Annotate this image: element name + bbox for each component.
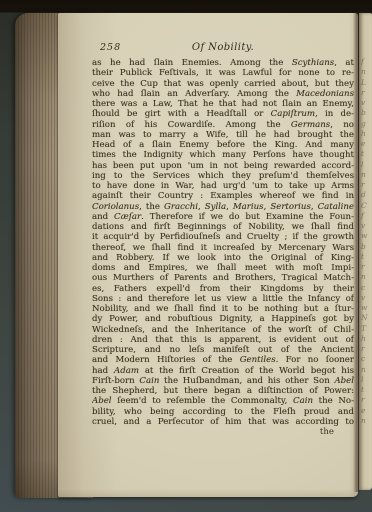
photo-background: 258 Of Nobility. as he had ſlain Enemies… xyxy=(0,0,372,512)
text-line: Coriolanus, the Gracchi, Sylla, Marius, … xyxy=(92,202,354,212)
text-line: thereof, we ſhall find it increaſed by M… xyxy=(92,243,354,253)
text-line: cruel, and a Perſecutor of him that was … xyxy=(92,417,354,427)
text-line: as he had ſlain Enemies. Among the Scyth… xyxy=(92,58,354,68)
text-line: Head of a ſlain Enemy before the King. A… xyxy=(92,140,354,150)
text-line: dren : And that this is apparent, is evi… xyxy=(92,335,354,345)
body-text: as he had ſlain Enemies. Among the Scyth… xyxy=(92,58,354,427)
text-line: Sons : and therefore let us view a littl… xyxy=(92,294,354,304)
text-line: Nobility, and we ſhall find it to be not… xyxy=(92,304,354,314)
text-line: Abel ſeem'd to reſemble the Commonalty, … xyxy=(92,396,354,406)
text-line: dations and firſt Beginnings of Nobility… xyxy=(92,222,354,232)
book-page: 258 Of Nobility. as he had ſlain Enemies… xyxy=(58,13,358,497)
page-number: 258 xyxy=(100,42,121,53)
text-line: bility, who being according to the Fleſh… xyxy=(92,407,354,417)
catchword: the xyxy=(92,427,354,437)
text-line: man was to marry a Wife, till he had bro… xyxy=(92,130,354,140)
text-line: and Cæſar. Therefore if we do but Examin… xyxy=(92,212,354,222)
text-line: it acquir'd by Perfidiouſneſs and Cruelt… xyxy=(92,232,354,242)
text-line: es, Fathers expell'd from their Kingdoms… xyxy=(92,284,354,294)
text-line: to have done in War, had urg'd 'um to ta… xyxy=(92,181,354,191)
text-line: Wickedneſs, and the Inheritance of the w… xyxy=(92,325,354,335)
text-line: ous Murthers of Parents and Brothers, Tr… xyxy=(92,273,354,283)
text-line: againſt their Country : Examples whereof… xyxy=(92,191,354,201)
text-line: their Publick Feſtivals, it was Lawful f… xyxy=(92,68,354,78)
text-line: ceive the Cup that was openly carried ab… xyxy=(92,79,354,89)
text-line: had Adam at the firſt Creation of the Wo… xyxy=(92,366,354,376)
page-header: 258 Of Nobility. xyxy=(92,42,354,55)
text-line: riſion of his Cowardiſe. Among the Germa… xyxy=(92,120,354,130)
text-line: and Modern Hiſtories of the Gentiles. Fo… xyxy=(92,355,354,365)
text-line: has been put upon 'um in not being rewar… xyxy=(92,161,354,171)
text-line: and Robbery. If we look into the Origina… xyxy=(92,253,354,263)
text-line: dy Power, and robuſtious Dignity, a Happ… xyxy=(92,314,354,324)
text-line: ſhould be girt with a Headſtall or Capiſ… xyxy=(92,109,354,119)
text-line: times the Indignity which many Perſons h… xyxy=(92,150,354,160)
running-title: Of Nobility. xyxy=(92,42,354,53)
text-line: doms and Empires, we ſhall meet with moſ… xyxy=(92,263,354,273)
text-line: the Shepherd, but there began a diſtinct… xyxy=(92,386,354,396)
facing-page-edge: fnLrvbghetlnrdCfvwbtrncvwNThrcnltren xyxy=(359,13,372,490)
text-line: Scripture, and no leſs manifeſt out of t… xyxy=(92,345,354,355)
text-line: there was a Law, That he that had not ſl… xyxy=(92,99,354,109)
printed-text-area: 258 Of Nobility. as he had ſlain Enemies… xyxy=(92,42,354,437)
text-line: who had ſlain an Adverſary. Among the Ma… xyxy=(92,89,354,99)
facing-edge-text: fnLrvbghetlnrdCfvwbtrncvwNThrcnltren xyxy=(359,13,372,426)
text-line: ing to the Services which they preſum'd … xyxy=(92,171,354,181)
text-line: Firſt-born Cain the Huſbandman, and his … xyxy=(92,376,354,386)
